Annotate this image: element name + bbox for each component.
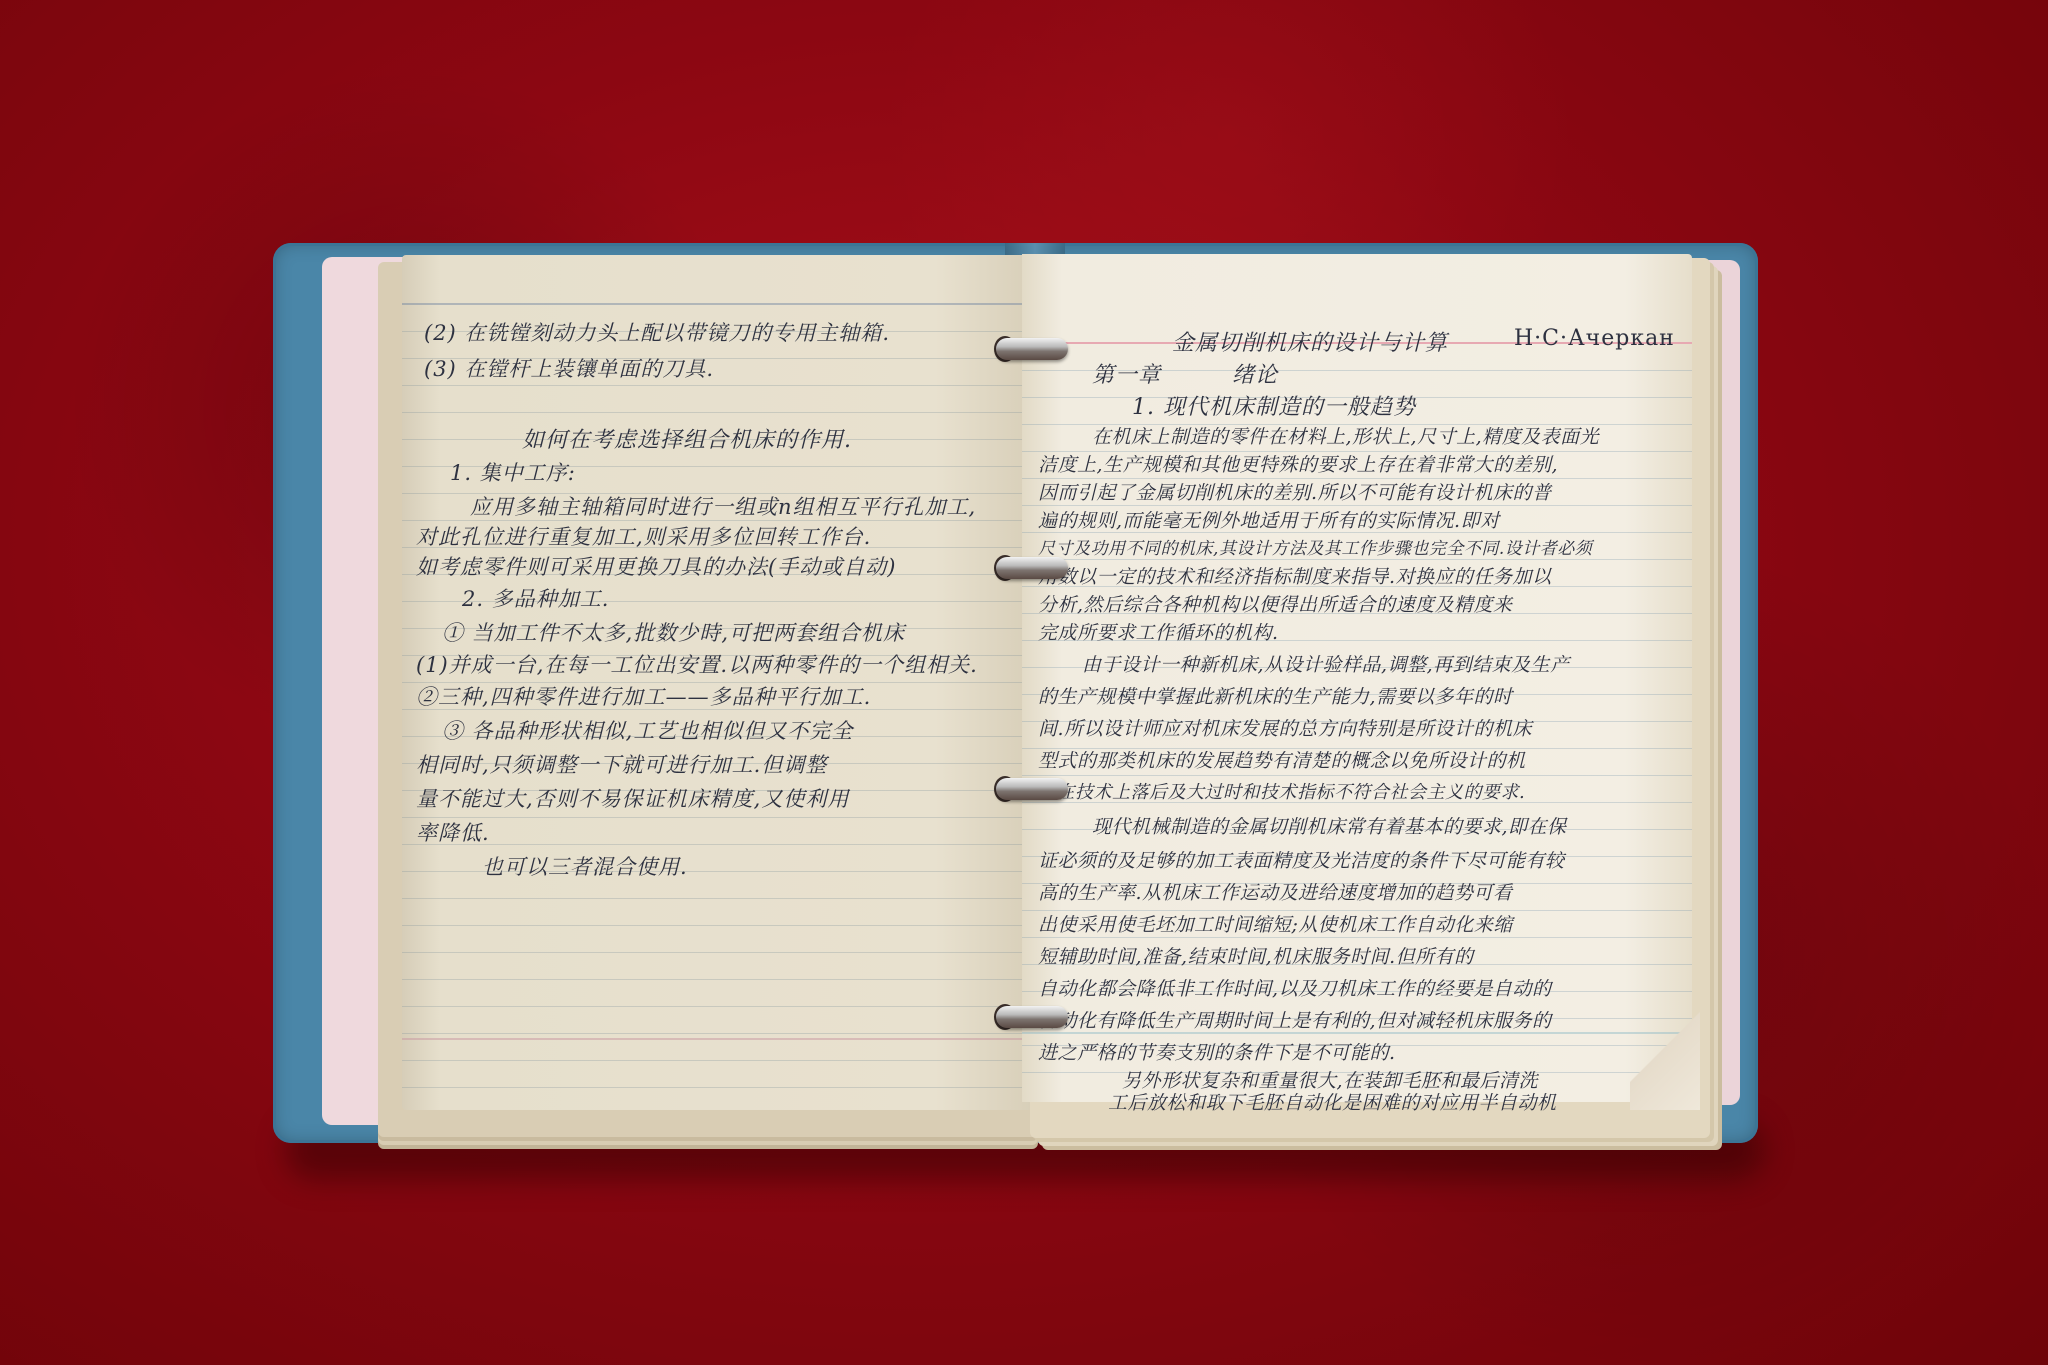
right-line-1: 在机床上制造的零件在材料上,形状上,尺寸上,精度及表面光 xyxy=(1092,422,1599,449)
right-line-8: 完成所要求工作循环的机构. xyxy=(1038,618,1279,645)
left-line-6: 对此孔位进行重复加工,则采用多位回转工作台. xyxy=(416,521,871,551)
binder-ring-1 xyxy=(996,338,1068,360)
left-line-1: (2) 在铣镗刻动力头上配以带镜刀的专用主轴箱. xyxy=(424,317,890,347)
right-line-7: 分析,然后综合各种机构以便得出所适合的速度及精度来 xyxy=(1038,590,1513,617)
binder-ring-3 xyxy=(996,778,1068,800)
section-heading: 1. 现代机床制造的一般趋势 xyxy=(1132,390,1416,421)
right-line-6: 用数以一定的技术和经济指标制度来指导.对换应的任务加以 xyxy=(1038,562,1552,589)
right-line-23: 工后放松和取下毛胚自动化是困难的对应用半自动机 xyxy=(1108,1088,1557,1115)
right-line-14: 现代机械制造的金属切削机床常有着基本的要求,即在保 xyxy=(1092,812,1567,839)
left-line-15: 率降低. xyxy=(416,817,490,847)
left-line-13: 相同时,只须调整一下就可进行加工.但调整 xyxy=(416,749,827,779)
left-line-5: 应用多轴主轴箱同时进行一组或n组相互平行孔加工, xyxy=(470,491,976,521)
right-line-13: 床在技术上落后及大过时和技术指标不符合社会主义的要求. xyxy=(1038,778,1525,804)
right-line-18: 短辅助时间,准备,结束时间,机床服务时间.但所有的 xyxy=(1038,942,1474,969)
left-line-4: 1. 集中工序: xyxy=(450,457,576,487)
chapter-number: 第一章 xyxy=(1092,358,1161,389)
right-line-19: 自动化都会降低非工作时间,以及刀机床工作的经要是自动的 xyxy=(1038,974,1552,1001)
right-line-16: 高的生产率.从机床工作运动及进给速度增加的趋势可看 xyxy=(1038,878,1513,905)
left-line-7: 如考虑零件则可采用更换刀具的办法(手动或自动) xyxy=(416,551,896,581)
left-line-11: ②三种,四种零件进行加工——多品种平行加工. xyxy=(416,681,871,711)
right-line-10: 的生产规模中掌握此新机床的生产能力,需要以多年的时 xyxy=(1038,682,1513,709)
left-line-10: (1)并成一台,在每一工位出安置.以两种零件的一个组相关. xyxy=(416,649,978,679)
binder-ring-4 xyxy=(996,1006,1068,1028)
right-line-5: 尺寸及功用不同的机床,其设计方法及其工作步骤也完全不同.设计者必须 xyxy=(1038,534,1592,559)
left-line-16: 也可以三者混合使用. xyxy=(482,851,688,881)
right-line-4: 遍的规则,而能毫无例外地适用于所有的实际情况.即对 xyxy=(1038,506,1500,533)
right-line-20: 自动化有降低生产周期时间上是有利的,但对减轻机床服务的 xyxy=(1038,1006,1552,1033)
chapter-title: 绪论 xyxy=(1232,358,1278,389)
folded-page-corner xyxy=(1630,1000,1700,1110)
left-line-8: 2. 多品种加工. xyxy=(462,583,609,613)
book-title: 金属切削机床的设计与计算 xyxy=(1172,326,1448,357)
right-line-9: 由于设计一种新机床,从设计验样品,调整,再到结束及生产 xyxy=(1082,650,1570,677)
right-line-3: 因而引起了金属切削机床的差别.所以不可能有设计机床的普 xyxy=(1038,478,1552,505)
left-line-9: ① 当加工件不太多,批数少時,可把两套组合机床 xyxy=(442,617,905,647)
left-page[interactable]: (2) 在铣镗刻动力头上配以带镜刀的专用主轴箱. (3) 在镗杆上装镶单面的刀具… xyxy=(402,255,1030,1110)
book-author: H·C·Ачеркан xyxy=(1514,326,1675,351)
left-line-14: 量不能过大,否则不易保证机床精度,又使利用 xyxy=(416,783,849,813)
right-line-11: 间.所以设计师应对机床发展的总方向特别是所设计的机床 xyxy=(1038,714,1532,741)
right-line-21: 进之严格的节奏支别的条件下是不可能的. xyxy=(1038,1038,1396,1065)
left-line-2: (3) 在镗杆上装镶单面的刀具. xyxy=(424,353,714,383)
left-line-12: ③ 各品种形状相似,工艺也相似但又不完全 xyxy=(442,715,853,745)
left-heading: 如何在考虑选择组合机床的作用. xyxy=(522,423,852,454)
right-line-17: 出使采用使毛坯加工时间缩短;从使机床工作自动化来缩 xyxy=(1038,910,1513,937)
left-page-footer-rule xyxy=(402,1038,1030,1040)
right-line-2: 洁度上,生产规模和其他更特殊的要求上存在着非常大的差别, xyxy=(1038,450,1558,477)
right-line-12: 型式的那类机床的发展趋势有清楚的概念以免所设计的机 xyxy=(1038,746,1526,773)
right-line-15: 证必须的及足够的加工表面精度及光洁度的条件下尽可能有较 xyxy=(1038,846,1565,873)
binder-ring-2 xyxy=(996,557,1068,579)
right-page[interactable]: 金属切削机床的设计与计算 H·C·Ачеркан 第一章 绪论 1. 现代机床制… xyxy=(1022,254,1692,1102)
